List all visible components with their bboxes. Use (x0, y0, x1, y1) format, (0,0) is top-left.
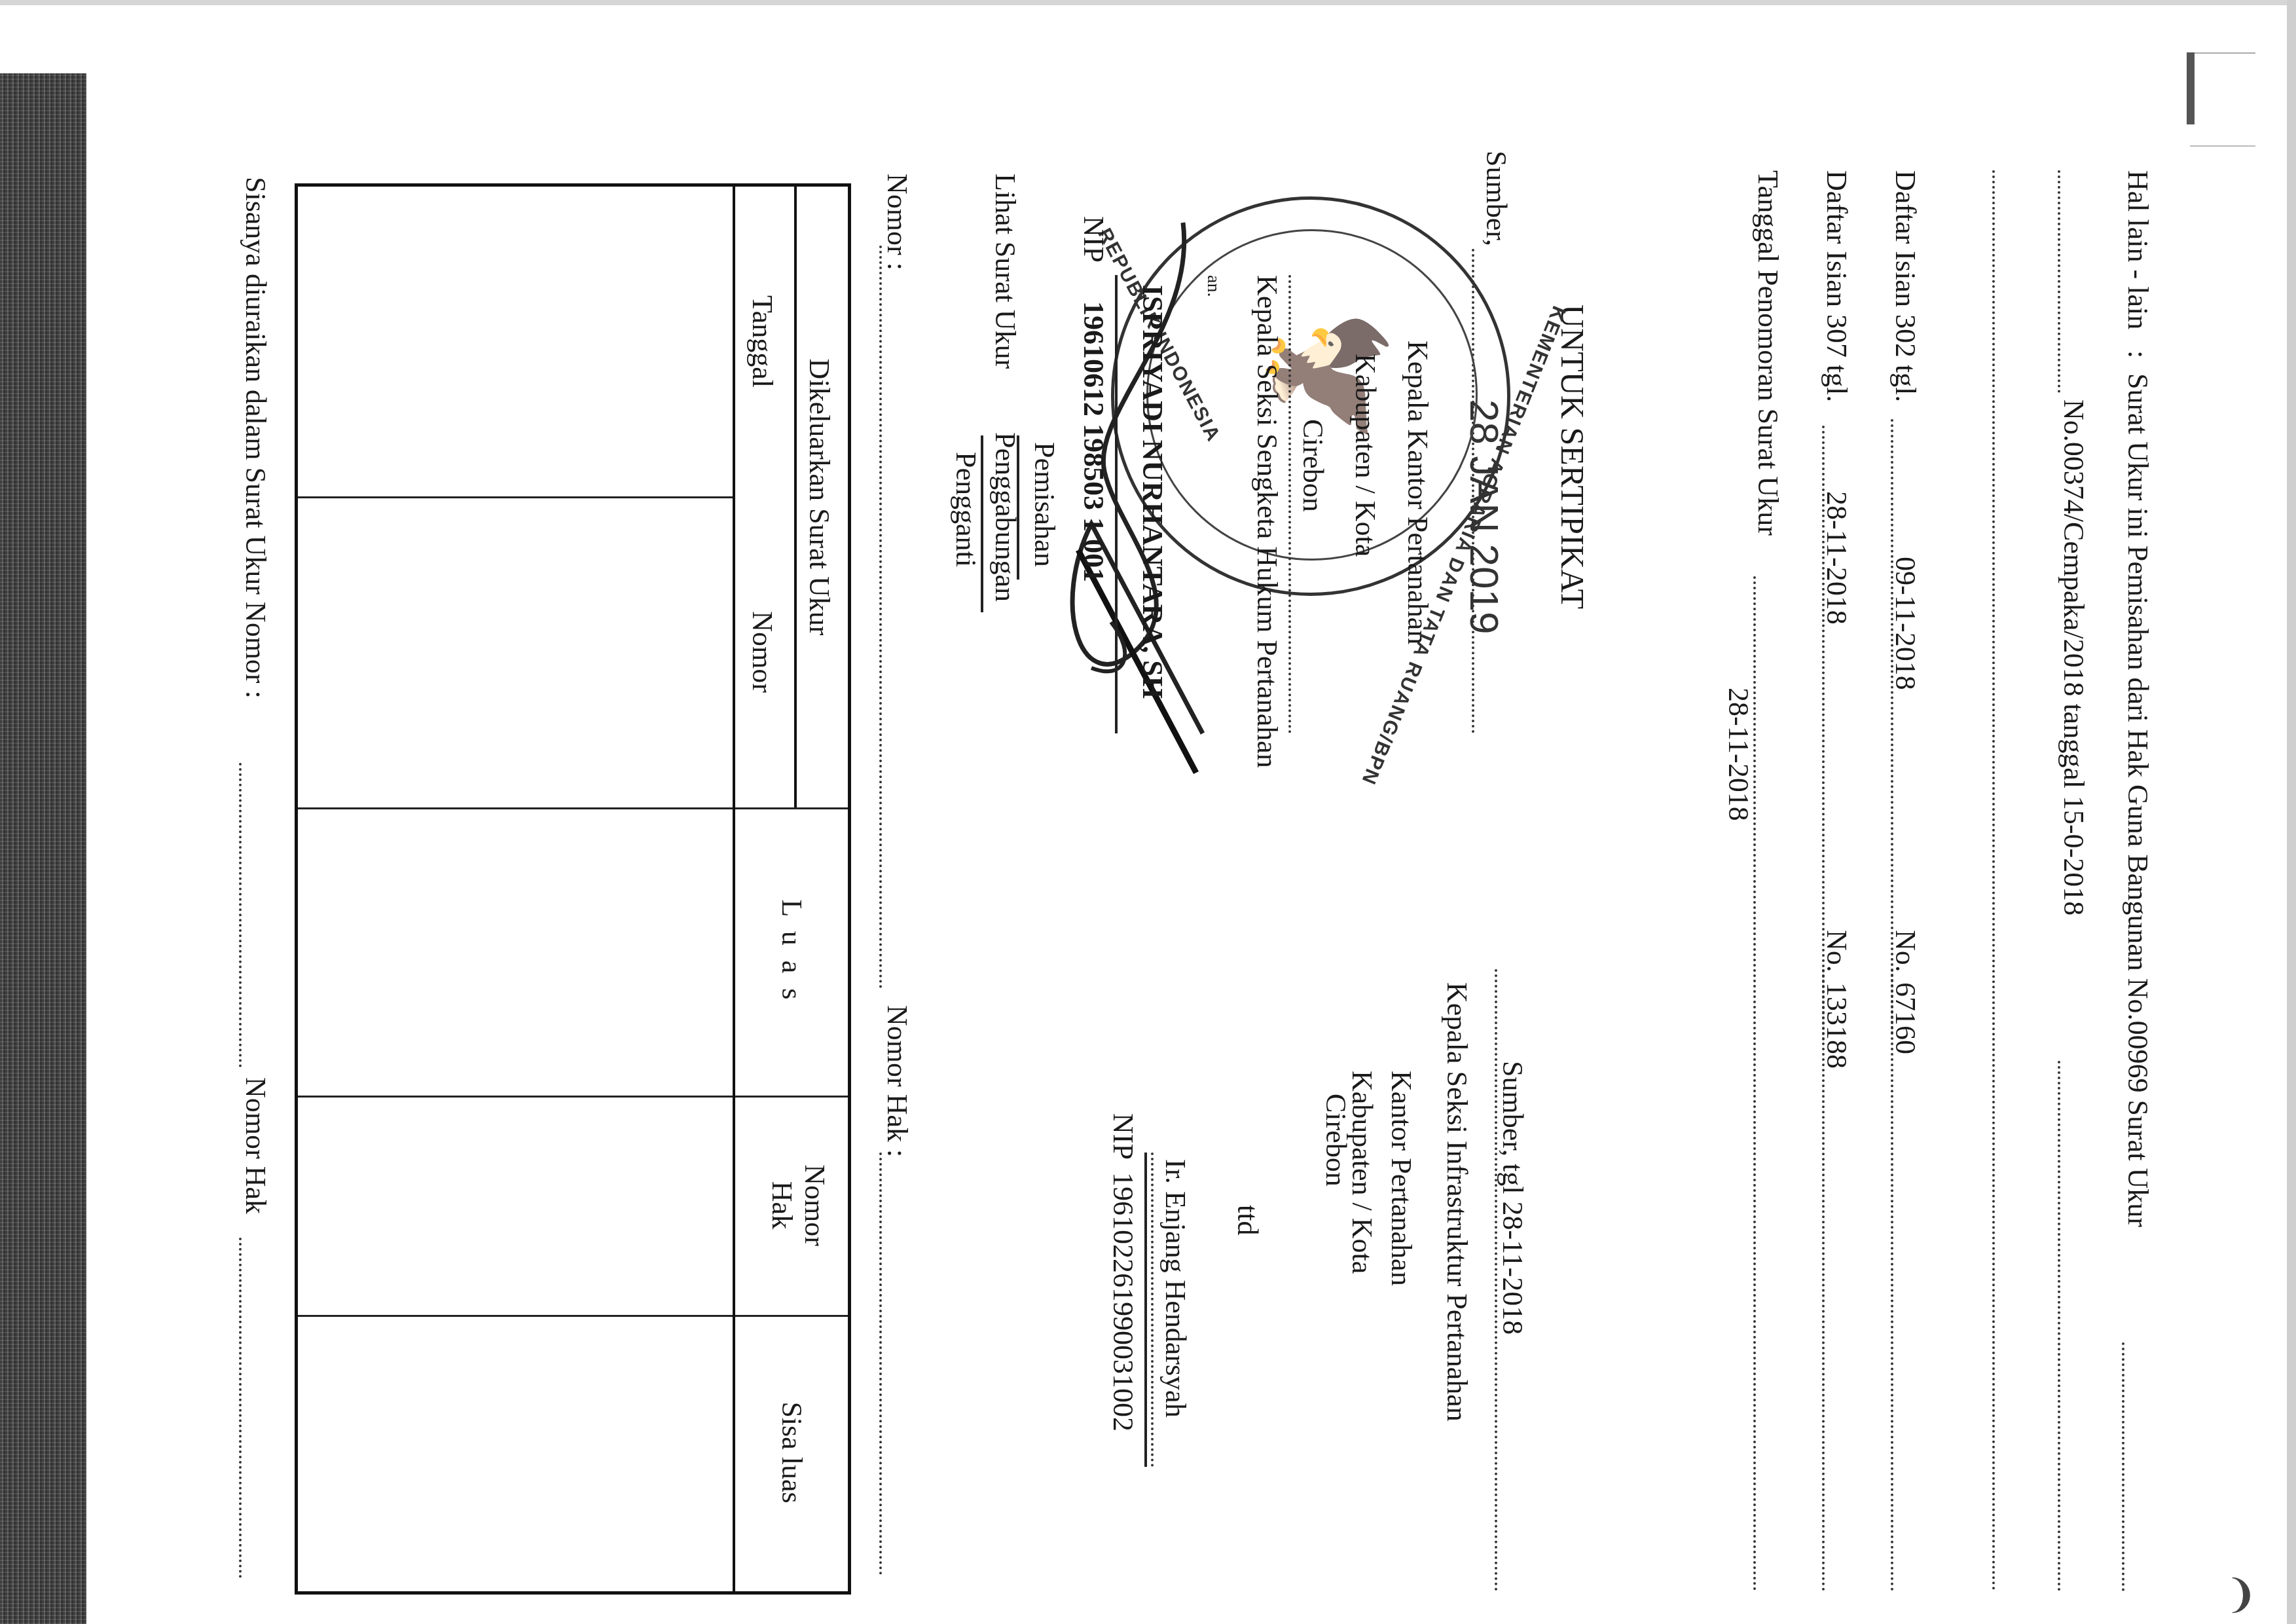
tanggal-penomoran-label: Tanggal Penomoran Surat Ukur (1753, 170, 1782, 536)
left-nip-label: NIP (1079, 216, 1108, 263)
daftar-isian-307-no-label: No. (1822, 930, 1851, 972)
blank-dotted-line (1992, 170, 1995, 1591)
hal-lain-separator: : (2123, 350, 2152, 358)
nomor-dots (879, 246, 882, 989)
daftar-isian-302-no-label: No. (1891, 930, 1920, 972)
place-label: Sumber, (1482, 151, 1510, 246)
footer-nomor-hak-label: Nomor Hak (241, 1077, 270, 1214)
untuk-sertipikat-heading: UNTUK SERTIPIKAT (1556, 304, 1589, 609)
right-name-underline (1144, 1153, 1147, 1467)
group-header-dikeluarkan: Dikeluarkan Surat Ukur (803, 187, 836, 807)
footer-nomor-hak-dots (239, 1238, 242, 1578)
right-name-dots (1151, 1153, 1154, 1467)
hal-lain-line2: No.00374/Cempaka/2018 tanggal 15-0-2018 (2059, 399, 2088, 915)
hal-lain-line2-dots-left (2058, 170, 2060, 393)
hal-lain-line1: Surat Ukur ini Pemisahan dari Hak Guna B… (2123, 373, 2152, 1227)
hal-lain-label: Hal lain - lain (2123, 170, 2152, 329)
right-place-date: Sumber, tgl 28-11-2018 (1498, 1061, 1527, 1335)
nomor-label: Nomor : (883, 174, 911, 270)
left-title-line3: Cirebon (1298, 419, 1327, 512)
right-nip-value: 196102261990031002 (1108, 1172, 1137, 1431)
nomor-hak-label: Nomor Hak : (883, 1005, 911, 1157)
hal-lain-line1-dots (2122, 1342, 2124, 1591)
group-header-divider (794, 187, 797, 807)
right-title-line2: Kantor Pertanahan (1387, 1071, 1415, 1286)
daftar-302-no-dots (1891, 969, 1893, 1591)
daftar-isian-302-label: Daftar Isian 302 tgl. (1891, 170, 1920, 402)
nomor-hak-dots (879, 1153, 882, 1575)
hal-lain-line2-dots-right (2058, 1061, 2060, 1591)
pemisahan-option: Pemisahan (1030, 442, 1059, 567)
sisanya-dots (239, 763, 242, 1067)
sisanya-label: Sisanya diuraikan dalam Surat Ukur Nomor… (241, 177, 270, 699)
col-header-nomor-hak-line1: Nomor (798, 1096, 831, 1315)
col-header-luas: L u a s (775, 807, 809, 1096)
daftar-isian-307-date: 28-11-2018 (1822, 491, 1851, 625)
daftar-isian-302-no-value: 67160 (1891, 982, 1920, 1054)
col-header-tanggal: Tanggal (746, 187, 779, 496)
table-row (304, 187, 733, 1591)
issued-surat-ukur-table: Dikeluarkan Surat Ukur Tanggal Nomor L u… (295, 183, 851, 1595)
left-title-line2: Kabupaten / Kota (1351, 354, 1379, 557)
left-title-line4: Kepala Seksi Sengketa Hukum Pertanahan (1252, 275, 1281, 768)
col-header-sisa-luas: Sisa luas (775, 1315, 809, 1590)
pengganti-option: Pengganti (951, 452, 980, 567)
document-page: Hal lain - lain : Surat Ukur ini Pemisah… (0, 0, 2296, 1624)
left-title-dots (1288, 275, 1291, 733)
header-body-divider (733, 187, 735, 1591)
daftar-isian-307-label: Daftar Isian 307 tgl. (1822, 170, 1851, 402)
left-signatory-name: ISPRIYADI NURHANTARA, SH (1138, 285, 1167, 699)
left-name-underline (1115, 275, 1118, 733)
lihat-surat-ukur-label: Lihat Surat Ukur (991, 174, 1019, 369)
left-nip-value: 19610612 198503 1 001 (1079, 301, 1108, 582)
tanggal-penomoran-date: 28-11-2018 (1724, 688, 1753, 821)
col-header-nomor: Nomor (746, 496, 779, 807)
left-title-line1: Kepala Kantor Pertanahan (1403, 341, 1432, 644)
right-ttd: ttd (1233, 1205, 1262, 1235)
right-title-line4: Cirebon (1321, 1094, 1350, 1187)
daftar-isian-307-no-value: 133188 (1822, 982, 1851, 1069)
daftar-isian-302-date: 09-11-2018 (1891, 557, 1920, 690)
right-signatory-name: Ir. Enjang Hendarsyah (1161, 1159, 1190, 1418)
penggabungan-option: Penggabungan (991, 432, 1019, 602)
right-nip-label: NIP (1108, 1113, 1137, 1160)
right-title-line1: Kepala Seksi Infrastruktur Pertanahan (1442, 982, 1471, 1422)
col-header-nomor-hak-line2: Hak (765, 1096, 799, 1315)
